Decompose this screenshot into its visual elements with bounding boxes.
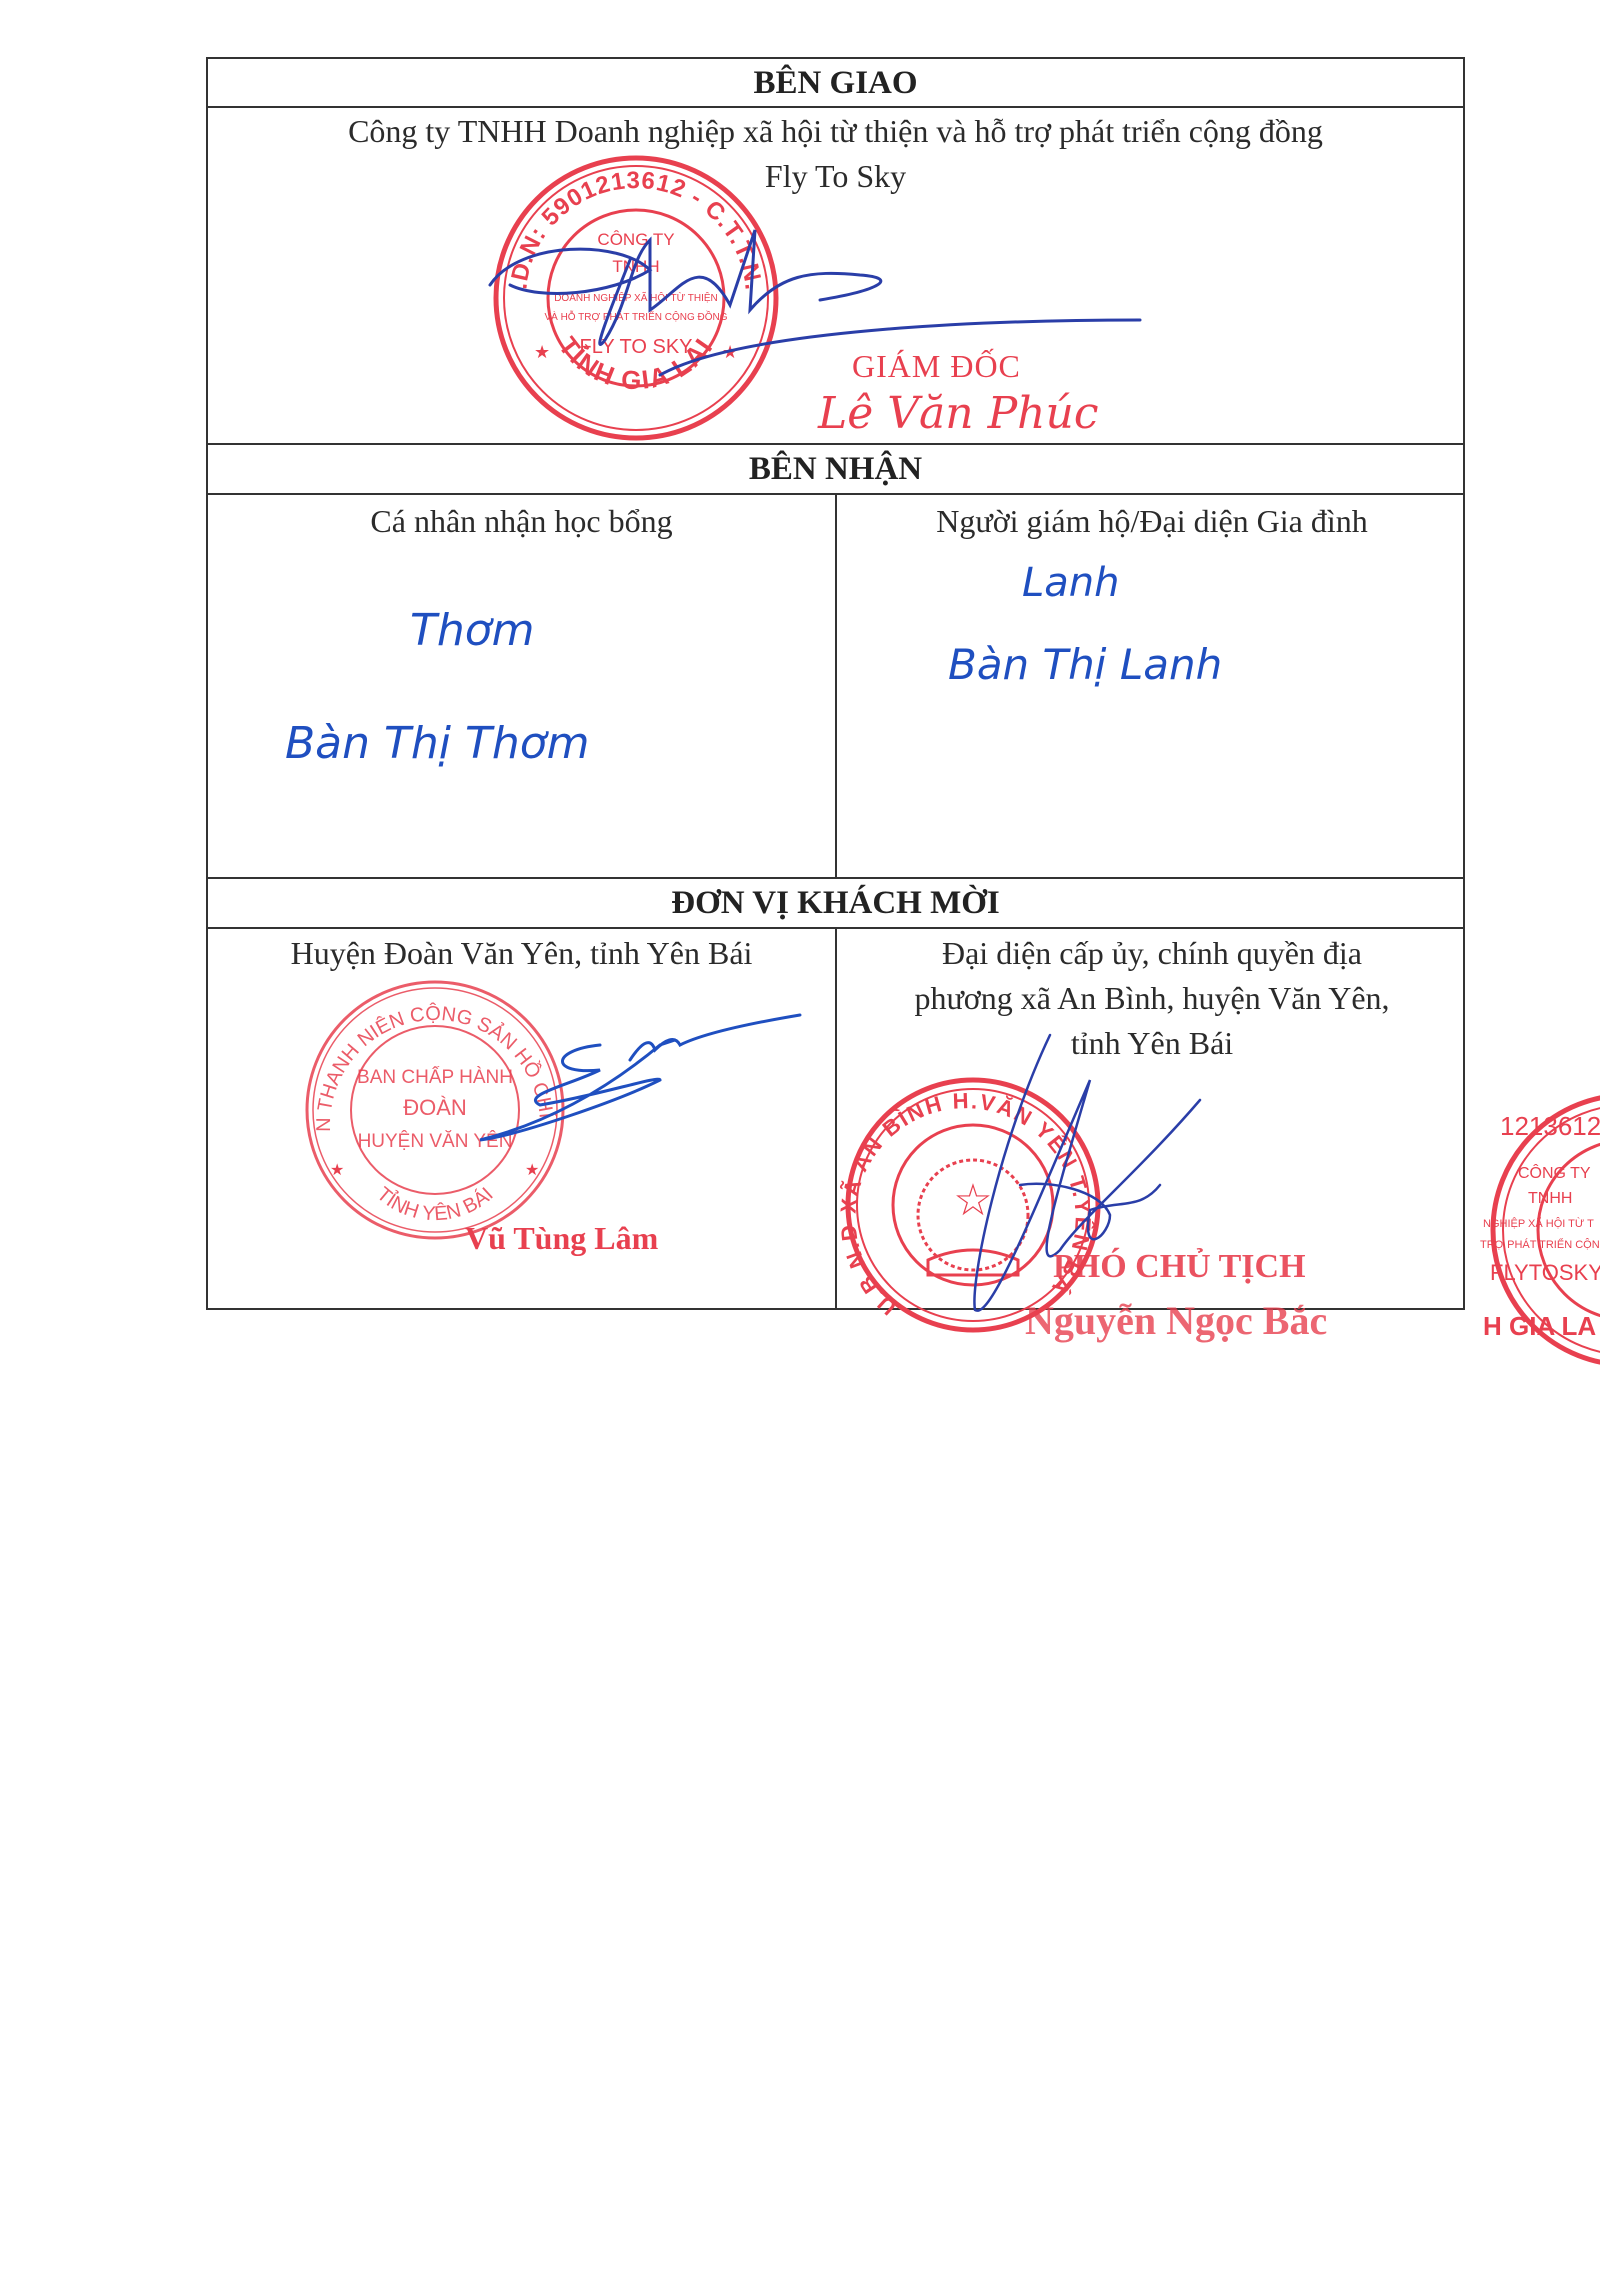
guest-unit-2-label-line1: Đại diện cấp ủy, chính quyền địa xyxy=(837,931,1467,976)
document-page: BÊN GIAO Công ty TNHH Doanh nghiệp xã hộ… xyxy=(0,0,1600,2281)
recipient-label: Cá nhân nhận học bổng xyxy=(208,499,835,544)
svg-text:1213612: 1213612 xyxy=(1500,1111,1600,1141)
section-title-ben-giao: BÊN GIAO xyxy=(208,59,1463,107)
svg-text:TNHH: TNHH xyxy=(1528,1190,1572,1207)
svg-text:CÔNG TY: CÔNG TY xyxy=(1518,1163,1591,1182)
commune-signer-title: PHÓ CHỦ TỊCH xyxy=(1053,1248,1306,1286)
giver-organization: Công ty TNHH Doanh nghiệp xã hội từ thiệ… xyxy=(208,109,1463,154)
guardian-handwritten-name: Bàn Thị Lanh xyxy=(948,640,1222,689)
svg-text:H GIA LA: H GIA LA xyxy=(1483,1311,1596,1341)
youth-union-signature xyxy=(400,1005,800,1145)
recipient-handwritten-name: Bàn Thị Thơm xyxy=(285,718,590,769)
section-title-ben-nhan: BÊN NHẬN xyxy=(208,445,1463,493)
column-divider xyxy=(835,493,837,877)
svg-text:★: ★ xyxy=(525,1162,539,1179)
edge-seal-stamp: 1213612 CÔNG TY TNHH NGHIỆP XÃ HỘI TỪ T … xyxy=(1478,1090,1600,1380)
svg-text:★: ★ xyxy=(330,1162,344,1179)
commune-signer-name: Nguyễn Ngọc Bắc xyxy=(1025,1297,1327,1344)
svg-text:NGHIỆP XÃ HỘI TỪ T: NGHIỆP XÃ HỘI TỪ T xyxy=(1483,1217,1594,1230)
svg-text:TỈNH YÊN BÁI: TỈNH YÊN BÁI xyxy=(372,1183,497,1225)
director-title: GIÁM ĐỐC xyxy=(852,348,1021,385)
guardian-signature: Lanh xyxy=(1022,560,1120,606)
recipient-signature: Thơm xyxy=(410,605,535,656)
guest-unit-1-label: Huyện Đoàn Văn Yên, tỉnh Yên Bái xyxy=(208,931,835,976)
guest-unit-2-label-line2: phương xã An Bình, huyện Văn Yên, xyxy=(837,976,1467,1021)
section-title-don-vi-khach-moi: ĐƠN VỊ KHÁCH MỜI xyxy=(208,879,1463,927)
svg-text:FLYTOSKY: FLYTOSKY xyxy=(1490,1260,1600,1285)
svg-text:TRỢ PHÁT TRIỂN CỘNG Đ: TRỢ PHÁT TRIỂN CỘNG Đ xyxy=(1480,1238,1600,1251)
youth-union-signer-name: Vũ Tùng Lâm xyxy=(465,1220,658,1257)
director-name: Lê Văn Phúc xyxy=(818,388,1099,439)
director-signature xyxy=(480,200,1140,360)
giver-organization-line2: Fly To Sky xyxy=(208,154,1463,199)
guardian-label: Người giám hộ/Đại diện Gia đình xyxy=(837,499,1467,544)
